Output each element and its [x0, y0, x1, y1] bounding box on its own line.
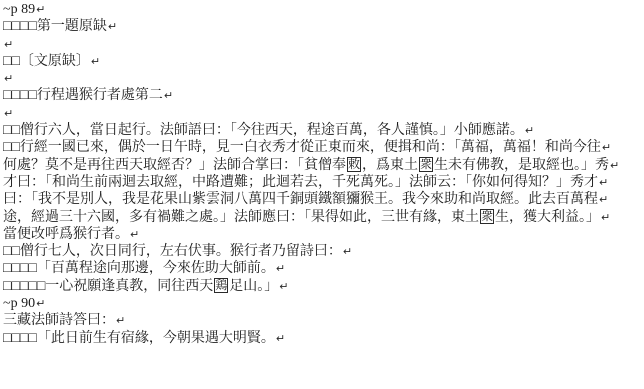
text-line: □□僧行七人，次日同行，左右伏事。猴行者乃留詩曰：↵ [3, 243, 643, 260]
document-viewer: ~p 89↵□□□□第一題原缺↵↵□□〔文原缺〕↵↵□□□□行程遇猴行者處第二↵… [0, 0, 644, 389]
text-run: 三藏法師詩答曰： [3, 313, 115, 328]
boxed-gaiji-char: 衆 [419, 157, 433, 172]
text-run: □□□□「此日前生有宿緣，今朝果遇大明賢。 [3, 331, 275, 346]
text-line: 何處？莫不是再往西天取經否？」法師合掌曰：「貧僧奉敕，爲東土衆生未有佛教，是取經… [3, 157, 643, 174]
text-run: 才曰：「和尚生前兩迴去取經，中路遭難；此迴若去，千死萬死。」法師云：「你如何得知… [3, 175, 598, 190]
text-run: ~p 89 [3, 2, 35, 17]
page-marker-line: ~p 90↵ [3, 295, 643, 312]
text-line: □□□□「百萬程途向那邊，今來佐助大師前。↵ [3, 260, 643, 277]
text-run: ~p 90 [3, 296, 35, 311]
line-break-mark-icon: ↵ [525, 124, 534, 137]
line-break-mark-icon: ↵ [36, 297, 45, 310]
line-break-mark-icon: ↵ [4, 38, 13, 51]
empty-line: ↵ [3, 105, 643, 122]
document-body: ~p 89↵□□□□第一題原缺↵↵□□〔文原缺〕↵↵□□□□行程遇猴行者處第二↵… [3, 1, 643, 347]
line-break-mark-icon: ↵ [599, 176, 608, 189]
line-break-mark-icon: ↵ [343, 245, 352, 258]
line-break-mark-icon: ↵ [276, 262, 285, 275]
text-run: □□僧行六人，當日起行。法師語曰：「今往西天，程途百萬，各人謹慎。」小師應諾。 [3, 123, 524, 138]
text-run: □□□□第一題原缺 [3, 19, 107, 34]
text-line: □□〔文原缺〕↵ [3, 53, 643, 70]
text-run: 曰：「我不是別人，我是花果山紫雲洞八萬四千銅頭鐵額獼猴王。我今來助和尚取經。此去… [3, 192, 598, 207]
text-line: □□□□行程遇猴行者處第二↵ [3, 87, 643, 104]
text-line: □□行經一國已來，偶於一日午時，見一白衣秀才從正東而來，便揖和尚：「萬福，萬福！… [3, 139, 643, 156]
text-line: □□□□□一心祝願逢真教，同往西天鶏足山。」↵ [3, 278, 643, 295]
page-marker-line: ~p 89↵ [3, 1, 643, 18]
line-break-mark-icon: ↵ [36, 3, 45, 16]
boxed-gaiji-char: 鶏 [214, 278, 228, 293]
text-run: 生未有佛教，是取經也。」秀 [434, 158, 609, 173]
text-run: 足山。」 [229, 279, 278, 294]
text-run: □□〔文原缺〕 [3, 54, 90, 69]
boxed-gaiji-char: 衆 [480, 209, 494, 224]
line-break-mark-icon: ↵ [108, 20, 117, 33]
text-run: 生，獲大利益。」 [495, 210, 600, 225]
text-run: □□□□「百萬程途向那邊，今來佐助大師前。 [3, 261, 275, 276]
empty-line: ↵ [3, 70, 643, 87]
text-line: □□僧行六人，當日起行。法師語曰：「今往西天，程途百萬，各人謹慎。」小師應諾。↵ [3, 122, 643, 139]
line-break-mark-icon: ↵ [91, 55, 100, 68]
line-break-mark-icon: ↵ [116, 314, 125, 327]
line-break-mark-icon: ↵ [602, 141, 611, 154]
text-run: 當便改呼爲猴行者。 [3, 227, 129, 242]
text-run: ，爲東土 [362, 158, 418, 173]
line-break-mark-icon: ↵ [130, 228, 139, 241]
text-line: 才曰：「和尚生前兩迴去取經，中路遭難；此迴若去，千死萬死。」法師云：「你如何得知… [3, 174, 643, 191]
text-line: 當便改呼爲猴行者。↵ [3, 226, 643, 243]
line-break-mark-icon: ↵ [610, 159, 619, 172]
line-break-mark-icon: ↵ [279, 280, 288, 293]
text-line: 三藏法師詩答曰：↵ [3, 312, 643, 329]
line-break-mark-icon: ↵ [164, 89, 173, 102]
text-line: □□□□第一題原缺↵ [3, 18, 643, 35]
text-line: 曰：「我不是別人，我是花果山紫雲洞八萬四千銅頭鐵額獼猴王。我今來助和尚取經。此去… [3, 191, 643, 208]
line-break-mark-icon: ↵ [4, 72, 13, 85]
text-run: □□□□□一心祝願逢真教，同往西天 [3, 279, 213, 294]
line-break-mark-icon: ↵ [599, 193, 608, 206]
text-line: 途，經過三十六國，多有禍難之處。」法師應曰：「果得如此，三世有緣，東土衆生，獲大… [3, 209, 643, 226]
text-run: □□僧行七人，次日同行，左右伏事。猴行者乃留詩曰： [3, 244, 342, 259]
text-line: □□□□「此日前生有宿緣，今朝果遇大明賢。↵ [3, 330, 643, 347]
text-run: □□□□行程遇猴行者處第二 [3, 88, 163, 103]
text-run: □□行經一國已來，偶於一日午時，見一白衣秀才從正東而來，便揖和尚：「萬福，萬福！… [3, 140, 601, 155]
text-run: 何處？莫不是再往西天取經否？」法師合掌曰：「貧僧奉 [3, 158, 346, 173]
line-break-mark-icon: ↵ [4, 107, 13, 120]
text-run: 途，經過三十六國，多有禍難之處。」法師應曰：「果得如此，三世有緣，東土 [3, 210, 479, 225]
empty-line: ↵ [3, 36, 643, 53]
boxed-gaiji-char: 敕 [347, 157, 361, 172]
line-break-mark-icon: ↵ [601, 211, 610, 224]
line-break-mark-icon: ↵ [276, 332, 285, 345]
